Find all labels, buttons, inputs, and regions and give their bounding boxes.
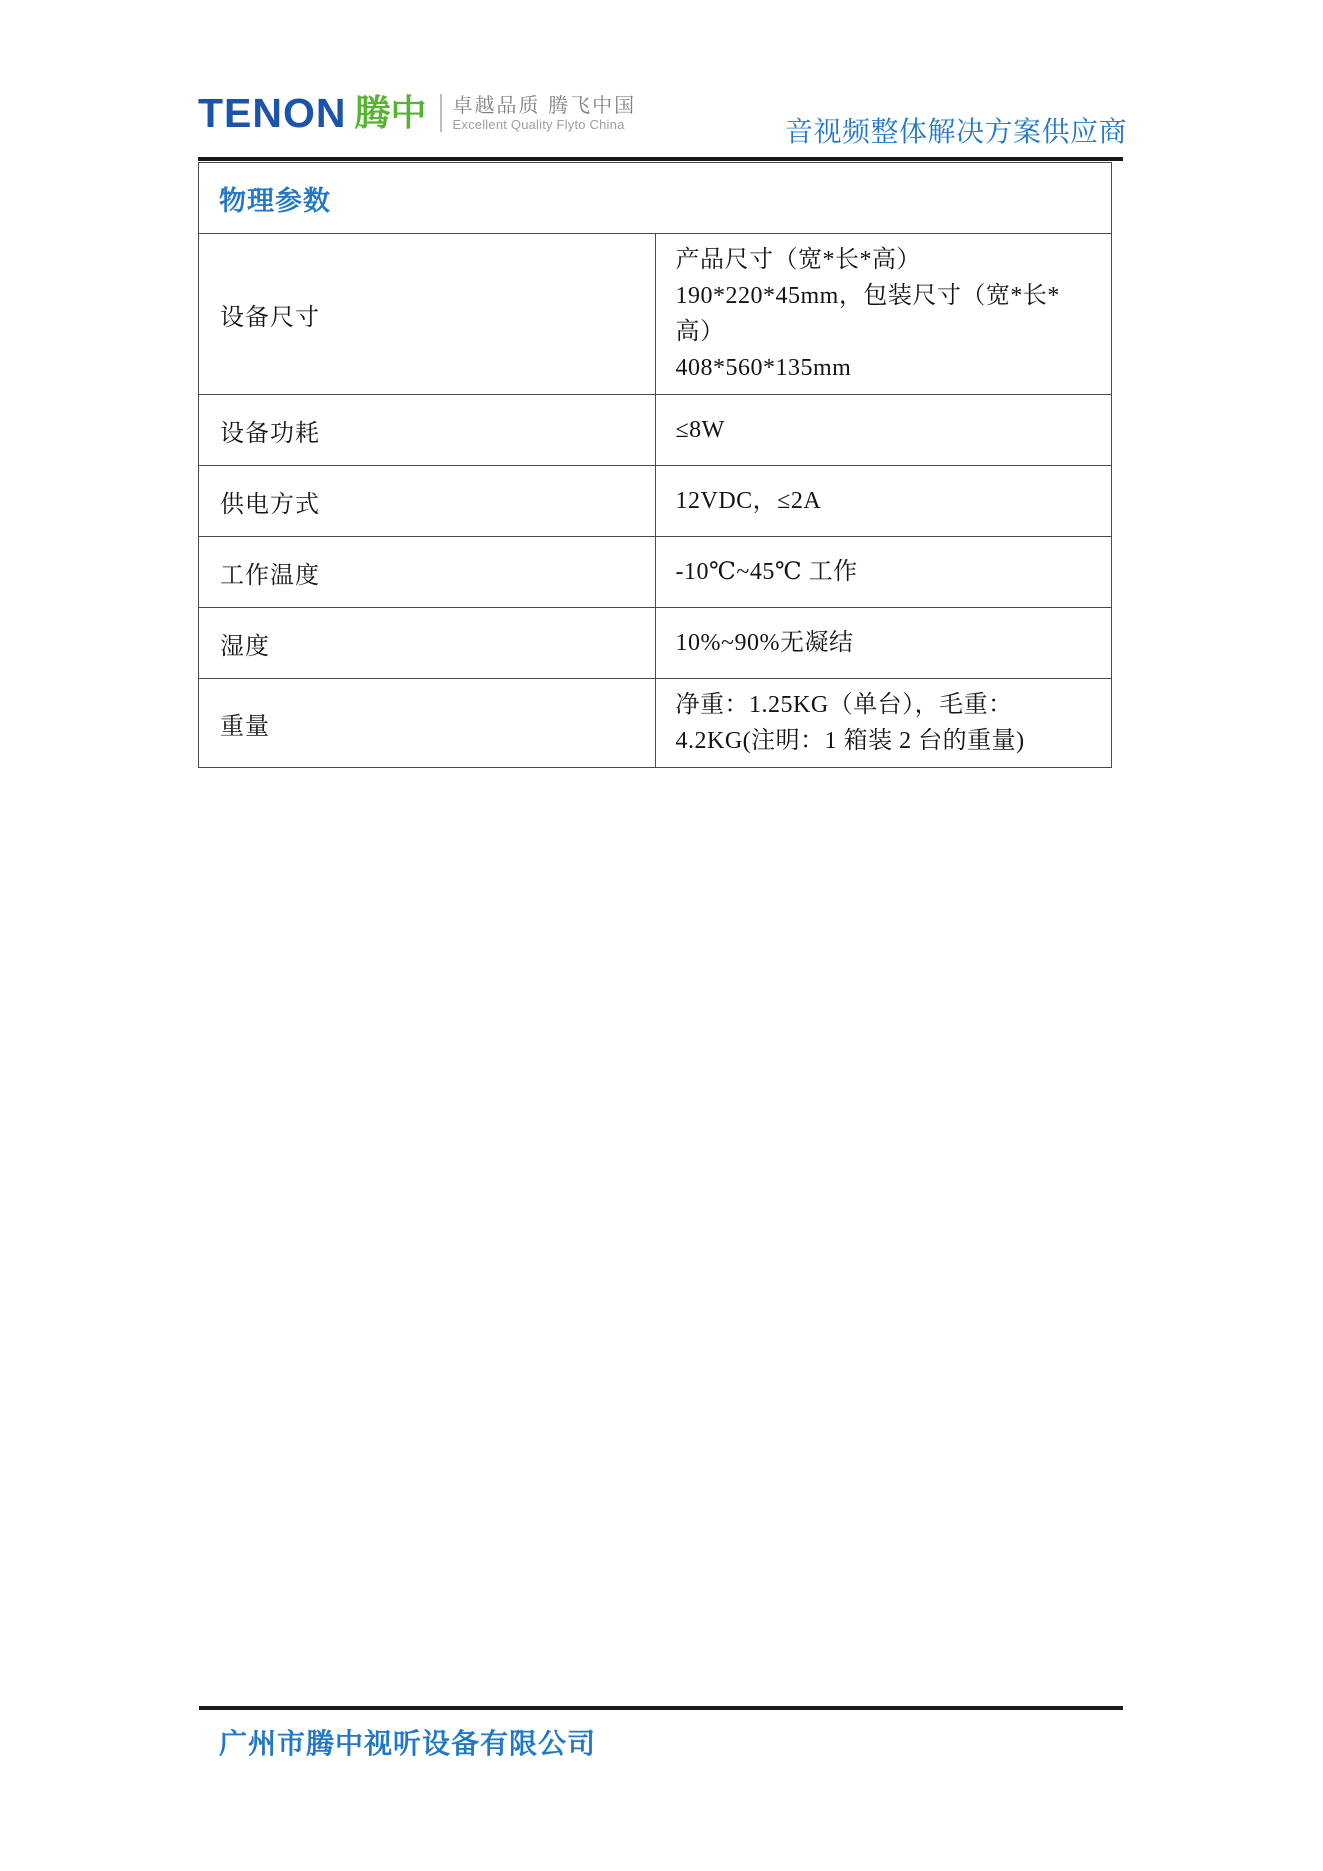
table-row: 重量 净重：1.25KG（单台），毛重：4.2KG(注明：1 箱装 2 台的重量…: [199, 679, 1112, 768]
spec-label: 供电方式: [199, 466, 656, 537]
spec-value: 净重：1.25KG（单台），毛重：4.2KG(注明：1 箱装 2 台的重量): [655, 679, 1112, 768]
table-row: 湿度 10%~90%无凝结: [199, 608, 1112, 679]
table-title-row: 物理参数: [199, 163, 1112, 234]
spec-label: 湿度: [199, 608, 656, 679]
header-rule: [198, 157, 1123, 161]
table-row: 工作温度 -10℃~45℃ 工作: [199, 537, 1112, 608]
header-slogan: 音视频整体解决方案供应商: [785, 115, 1127, 149]
logo-taglines: 卓越品质 腾飞中国 Excellent Quality Flyto China: [453, 95, 637, 132]
document-page: TENON 腾中 卓越品质 腾飞中国 Excellent Quality Fly…: [0, 0, 1323, 1871]
footer-company-name: 广州市腾中视听设备有限公司: [219, 1722, 596, 1762]
table-title: 物理参数: [199, 163, 1112, 234]
logo-brand-en: TENON: [198, 93, 347, 134]
spec-value: 12VDC，≤2A: [655, 466, 1112, 537]
spec-label: 重量: [199, 679, 656, 768]
spec-label: 设备尺寸: [199, 234, 656, 395]
spec-value: 产品尺寸（宽*长*高）190*220*45mm，包装尺寸（宽*长*高） 408*…: [655, 234, 1112, 395]
tenon-logo: TENON 腾中 卓越品质 腾飞中国 Excellent Quality Fly…: [198, 88, 636, 138]
table-row: 设备尺寸 产品尺寸（宽*长*高）190*220*45mm，包装尺寸（宽*长*高）…: [199, 234, 1112, 395]
footer-rule: [199, 1706, 1123, 1710]
spec-value: -10℃~45℃ 工作: [655, 537, 1112, 608]
logo-brand-cn: 腾中: [355, 95, 427, 131]
physical-parameters-table: 物理参数 设备尺寸 产品尺寸（宽*长*高）190*220*45mm，包装尺寸（宽…: [198, 162, 1112, 768]
spec-label: 设备功耗: [199, 395, 656, 466]
logo-tagline-en: Excellent Quality Flyto China: [453, 117, 637, 132]
spec-value: 10%~90%无凝结: [655, 608, 1112, 679]
table-row: 供电方式 12VDC，≤2A: [199, 466, 1112, 537]
spec-value: ≤8W: [655, 395, 1112, 466]
logo-divider: [440, 94, 442, 132]
table-row: 设备功耗 ≤8W: [199, 395, 1112, 466]
spec-label: 工作温度: [199, 537, 656, 608]
logo-tagline-cn: 卓越品质 腾飞中国: [453, 95, 637, 117]
spec-rows: 物理参数 设备尺寸 产品尺寸（宽*长*高）190*220*45mm，包装尺寸（宽…: [199, 163, 1112, 768]
